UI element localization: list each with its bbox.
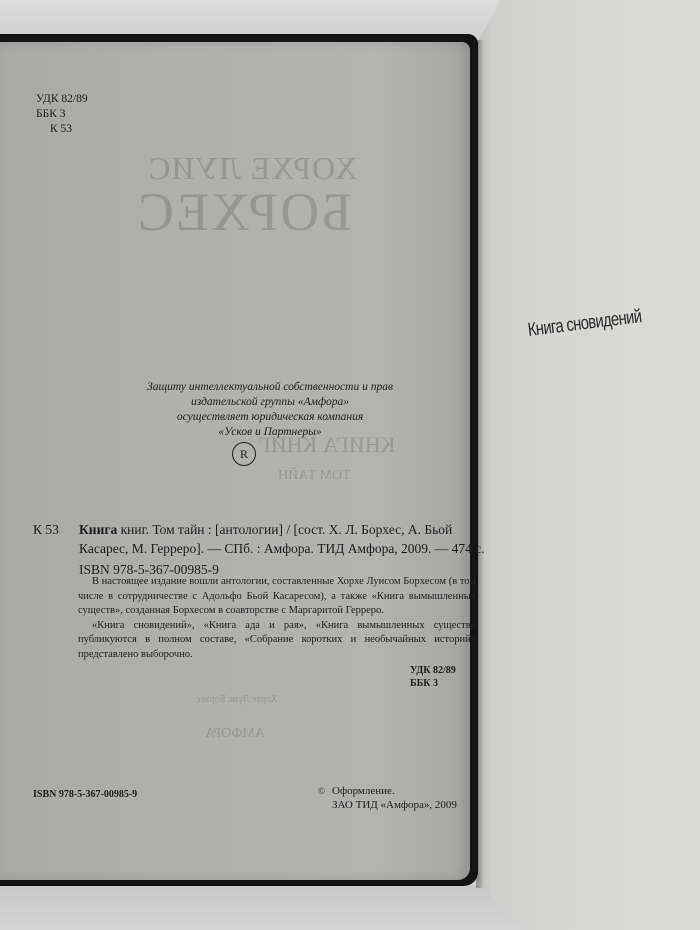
copyright-icon: © [318, 784, 332, 798]
catalog-title-bold: Книга [79, 522, 117, 537]
rights-line: «Усков и Партнеры» [100, 425, 440, 440]
show-through-lower-line: Хорхе Луис Борхес [196, 694, 278, 705]
copyright-line1: Оформление. [332, 785, 395, 797]
show-through-author-surname: БОРХЕС [136, 182, 352, 242]
annotation: В настоящее издание вошли антологии, сос… [78, 575, 476, 662]
bbk-code: ББК 3 [36, 107, 88, 122]
show-through-subtitle: ТОМ ТАЙН [278, 468, 351, 484]
show-through-publisher: АМФОРА [205, 726, 265, 742]
catalog-code: К 53 [33, 520, 79, 539]
copyright-notice: ©Оформление. ЗАО ТИД «Амфора», 2009 [318, 784, 457, 812]
udk-code: УДК 82/89 [410, 664, 456, 677]
registered-mark-icon: R [232, 442, 256, 466]
rights-line: издательской группы «Амфора» [100, 395, 440, 410]
udk-code: УДК 82/89 [36, 92, 88, 107]
rights-line: осуществляет юридическая компания [100, 410, 440, 425]
rights-notice: Защиту интеллектуальной собственности и … [100, 380, 440, 440]
author-mark: К 53 [36, 122, 88, 137]
classification-bottom: УДК 82/89 ББК 3 [410, 664, 456, 690]
copyright-line2: ЗАО ТИД «Амфора», 2009 [318, 798, 457, 812]
annotation-paragraph: В настоящее издание вошли антологии, сос… [78, 575, 476, 619]
bbk-code: ББК 3 [410, 677, 456, 690]
classification-top: УДК 82/89 ББК 3 К 53 [36, 92, 88, 137]
isbn-bottom: ISBN 978-5-367-00985-9 [33, 789, 137, 800]
book-gutter-shadow [476, 40, 484, 888]
rights-line: Защиту интеллектуальной собственности и … [100, 380, 440, 395]
right-page [478, 0, 700, 930]
catalog-line2: Касарес, М. Герреро]. — СПб. : Амфора. Т… [33, 539, 485, 558]
catalog-entry: К 53Книга книг. Том тайн : [антологии] /… [33, 520, 485, 558]
annotation-paragraph: «Книга сновидений», «Книга ада и рая», «… [78, 619, 476, 663]
catalog-line1: книг. Том тайн : [антологии] / [сост. Х.… [117, 522, 452, 537]
show-through-author-first-name: ХОРХЕ ЛУИС [148, 150, 358, 186]
